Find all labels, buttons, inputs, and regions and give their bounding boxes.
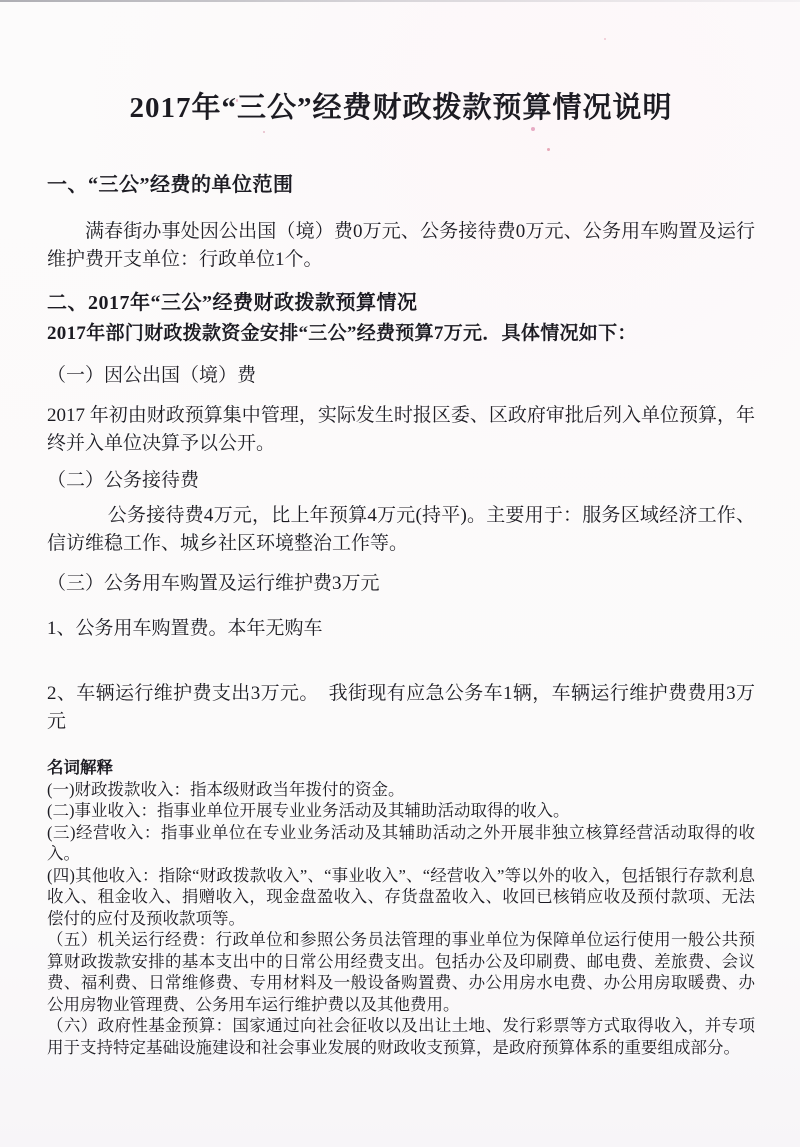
- item-2-heading: （二）公务接待费: [47, 467, 755, 495]
- section-2-intro: 2017年部门财政拨款资金安排“三公”经费预算7万元．具体情况如下：: [47, 320, 755, 348]
- document-content: 2017年“三公”经费财政拨款预算情况说明 一、“三公”经费的单位范围 满春街办…: [0, 0, 800, 1058]
- glossary-item: （六）政府性基金预算：国家通过向社会征收以及出让土地、发行彩票等方式取得收入，并…: [47, 1015, 755, 1058]
- section-1-heading: 一、“三公”经费的单位范围: [47, 171, 755, 199]
- glossary-item: (一)财政拨款收入：指本级财政当年拨付的资金。: [47, 779, 755, 801]
- glossary-item: (三)经营收入：指事业单位在专业业务活动及其辅助活动之外开展非独立核算经营活动取…: [47, 822, 755, 865]
- section-1-paragraph: 满春街办事处因公出国（境）费0万元、公务接待费0万元、公务用车购置及运行维护费开…: [47, 218, 755, 274]
- item-3-sub-1: 1、公务用车购置费。本年无购车: [47, 615, 755, 643]
- item-2-paragraph: 公务接待费4万元，比上年预算4万元(持平)。主要用于：服务区域经济工作、信访维稳…: [47, 502, 755, 558]
- section-2-heading: 二、2017年“三公”经费财政拨款预算情况: [47, 289, 755, 317]
- item-3-sub-2: 2、车辆运行维护费支出3万元。 我街现有应急公务车1辆，车辆运行维护费费用3万元: [47, 680, 755, 736]
- glossary-section: 名词解释 (一)财政拨款收入：指本级财政当年拨付的资金。 (二)事业收入：指事业…: [47, 757, 755, 1058]
- glossary-item: （五）机关运行经费：行政单位和参照公务员法管理的事业单位为保障单位运行使用一般公…: [47, 929, 755, 1015]
- item-3-heading: （三）公务用车购置及运行维护费3万元: [47, 570, 755, 598]
- document-title: 2017年“三公”经费财政拨款预算情况说明: [47, 88, 755, 128]
- glossary-item: (四)其他收入：指除“财政拨款收入”、“事业收入”、“经营收入”等以外的收入，包…: [47, 865, 755, 930]
- glossary-title: 名词解释: [47, 757, 755, 779]
- item-1-heading: （一）因公出国（境）费: [47, 362, 755, 390]
- glossary-item: (二)事业收入：指事业单位开展专业业务活动及其辅助活动取得的收入。: [47, 800, 755, 822]
- scanned-document-page: 2017年“三公”经费财政拨款预算情况说明 一、“三公”经费的单位范围 满春街办…: [0, 0, 800, 1147]
- item-1-paragraph: 2017 年初由财政预算集中管理，实际发生时报区委、区政府审批后列入单位预算，年…: [47, 402, 755, 458]
